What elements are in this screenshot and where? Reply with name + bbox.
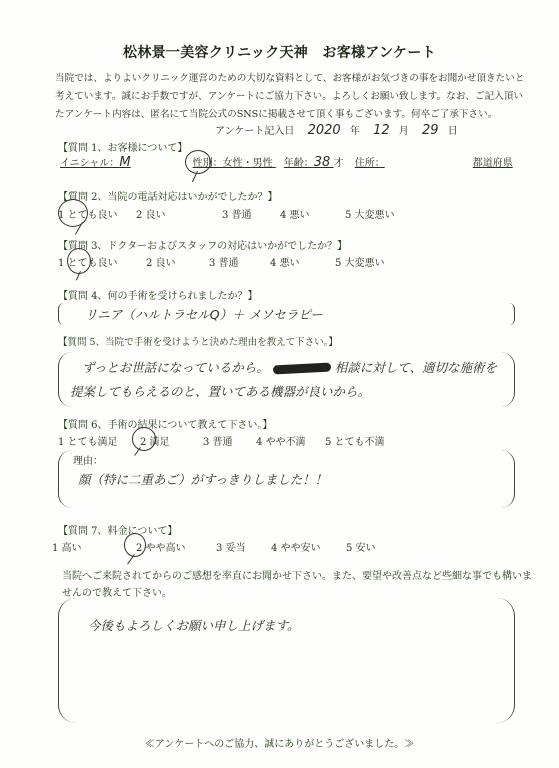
- q6-option-3[interactable]: 3 普通: [203, 433, 233, 448]
- date-label: アンケート記入日: [215, 126, 294, 137]
- q5-answer-line-1: ずっとお世話になっているから。相談に対して、適切な施術を: [82, 358, 497, 376]
- q2-option-3[interactable]: 3 普通: [222, 206, 252, 221]
- q4-answer: リニア（ハルトラセルQ）＋ メソセラピー: [85, 305, 323, 323]
- q7-option-5[interactable]: 5 安い: [346, 539, 376, 554]
- q3-options: 1 とても良い 2 良い 3 普通 4 悪い 5 大変悪い: [58, 254, 538, 268]
- date-year-unit: 年: [350, 126, 360, 137]
- q7-option-1[interactable]: 1 高い: [52, 539, 82, 554]
- date-year-field[interactable]: 2020: [308, 123, 341, 138]
- q1-heading: 【質問 1、お客様について】: [58, 139, 187, 154]
- gender-selection-circle: [185, 150, 211, 174]
- address-suffix: 都道府県: [473, 158, 513, 169]
- address-field[interactable]: 住所：都道府県: [355, 158, 513, 169]
- q5-answer-text-1b: 相談に対して、適切な施術を: [335, 360, 497, 375]
- q7-heading: 【質問 7、料金について】: [58, 522, 177, 537]
- q3-heading: 【質問 3、ドクターおよびスタッフの対応はいかがでしたか？】: [58, 237, 347, 252]
- q6-selection-circle: [132, 427, 156, 451]
- comments-prompt: 当院へご来院されてからのご感想を率直にお聞かせ下さい。また、要望や改善点など些細…: [62, 568, 532, 602]
- date-day-field[interactable]: 29: [422, 123, 439, 138]
- q4-heading: 【質問 4、何の手術を受けられましたか？】: [58, 287, 258, 302]
- q3-option-4[interactable]: 4 悪い: [270, 254, 300, 269]
- survey-date: アンケート記入日 2020 年 12 月 29 日: [215, 122, 458, 138]
- q7-option-3[interactable]: 3 妥当: [216, 539, 246, 554]
- survey-footer: ≪アンケートへのご協力、誠にありがとうございました。≫: [0, 735, 559, 750]
- survey-title: 松林景一美容クリニック天神 お客様アンケート: [0, 42, 559, 62]
- scribbled-out-text: [273, 362, 331, 374]
- q3-option-2[interactable]: 2 良い: [146, 254, 176, 269]
- date-month-field[interactable]: 12: [373, 123, 390, 138]
- age-field[interactable]: 年齢：38: [284, 158, 334, 169]
- q2-option-4[interactable]: 4 悪い: [280, 206, 310, 221]
- q2-selection-circle: [58, 199, 88, 227]
- age-unit: 才: [334, 158, 344, 169]
- q2-option-2[interactable]: 2 良い: [136, 206, 166, 221]
- comments-answer: 今後もよろしくお願い申し上げます。: [88, 616, 300, 634]
- q7-selection-circle: [124, 533, 146, 557]
- q5-answer-text-1a: ずっとお世話になっているから。: [82, 360, 269, 375]
- address-label: 住所：: [355, 158, 385, 169]
- age-label: 年齢：: [284, 158, 314, 169]
- age-value[interactable]: 38: [314, 155, 331, 170]
- q5-heading: 【質問 5、当院で手術を受けようと決めた理由を教えて下さい。】: [58, 334, 338, 348]
- q5-answer-line-2: 提案してもらえるのと、置いてある機器が良いから。: [70, 382, 370, 400]
- q6-heading: 【質問 6、手術の結果について教えて下さい。】: [58, 416, 272, 431]
- gender-option-female[interactable]: 女性: [223, 158, 243, 169]
- q1-fields: イニシャル：M 性別：女性・男性 年齢：38 才 住所：都道府県: [60, 154, 513, 170]
- gender-option-male[interactable]: 男性: [253, 158, 273, 169]
- survey-intro: 当院では、よりよいクリニック運営のための大切な資料として、お客様がお気づきの事を…: [55, 70, 525, 124]
- q3-option-3[interactable]: 3 普通: [209, 254, 239, 269]
- q6-reason-label: 理由：: [73, 452, 103, 467]
- q6-option-4[interactable]: 4 やや不満: [256, 433, 306, 448]
- q2-heading: 【質問 2、当院の電話対応はいかがでしたか？】: [58, 188, 278, 203]
- q7-option-4[interactable]: 4 やや安い: [271, 539, 321, 554]
- q2-options: 1 とても良い 2 良い 3 普通 4 悪い 5 大変悪い: [58, 206, 538, 220]
- q6-option-5[interactable]: 5 とても不満: [325, 433, 385, 448]
- q2-option-5[interactable]: 5 大変悪い: [345, 206, 395, 221]
- date-month-unit: 月: [399, 126, 409, 137]
- initial-field[interactable]: M: [119, 155, 171, 170]
- gender-separator: ・: [243, 158, 253, 169]
- q6-option-1[interactable]: 1 とても満足: [58, 433, 118, 448]
- initial-label: イニシャル：: [60, 158, 119, 169]
- date-day-unit: 日: [448, 126, 458, 137]
- q3-option-5[interactable]: 5 大変悪い: [335, 254, 385, 269]
- q6-reason-answer: 顔（特に二重あご）がすっきりしました！！: [78, 470, 327, 488]
- q6-options: 1 とても満足 2 満足 3 普通 4 やや不満 5 とても不満: [58, 433, 538, 447]
